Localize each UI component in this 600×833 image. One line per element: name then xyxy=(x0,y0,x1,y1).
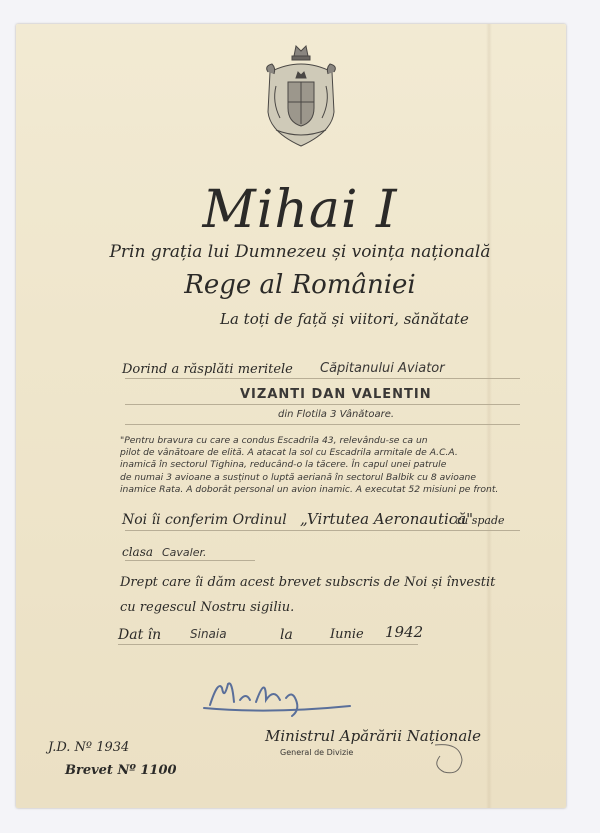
brevet-number-value: 1100 xyxy=(140,763,176,778)
flourish-icon xyxy=(430,740,470,780)
citation-line: de numai 3 avioane a susținut o luptă ae… xyxy=(120,472,520,484)
citation-line: "Pentru bravura cu care a condus Escadri… xyxy=(120,435,520,447)
royal-style-line: Prin grația lui Dumnezeu și voința națio… xyxy=(0,242,600,262)
minister-rank: General de Divizie xyxy=(280,748,353,757)
brevet-number: Brevet Nº 1100 xyxy=(65,763,177,778)
order-suffix: cu spade xyxy=(455,514,505,527)
year: 1942 xyxy=(385,623,423,641)
given-label: Dat în xyxy=(118,627,161,643)
citation-line: inamice Rata. A doborât personal un avio… xyxy=(120,484,520,496)
order-name: „Virtutea Aeronautică" xyxy=(300,510,473,528)
royal-signature xyxy=(200,670,360,720)
closing-line-1: Drept care îi dăm acest brevet subscris … xyxy=(120,575,495,590)
intro-label: Dorind a răsplăti meritele xyxy=(122,362,293,377)
recipient-name: VIZANTI DAN VALENTIN xyxy=(240,387,432,402)
conferral-label: Noi îi conferim Ordinul xyxy=(122,512,287,528)
rule xyxy=(125,530,520,531)
registry-number: J.D. Nº 1934 xyxy=(48,740,129,755)
royal-coat-of-arms-icon xyxy=(262,42,340,150)
citation-text: "Pentru bravura cu care a condus Escadri… xyxy=(120,435,520,496)
rule xyxy=(125,404,520,405)
citation-line: inamică în sectorul Tighina, reducând-o … xyxy=(120,459,520,471)
registry-number-label: J.D. Nº xyxy=(48,740,92,755)
rule xyxy=(125,378,520,379)
class-label: clasa xyxy=(122,545,153,559)
greeting: La toți de față și viitori, sănătate xyxy=(220,310,469,328)
closing-line-2: cu regescul Nostru sigiliu. xyxy=(120,600,294,615)
rule xyxy=(118,644,418,645)
place: Sinaia xyxy=(190,627,227,641)
brevet-number-label: Brevet Nº xyxy=(65,763,136,778)
registry-number-value: 1934 xyxy=(96,740,129,755)
monarch-name: Mihai I xyxy=(0,180,600,240)
month: Iunie xyxy=(330,627,364,642)
recipient-rank: Căpitanului Aviator xyxy=(320,361,445,376)
class-value: Cavaler. xyxy=(162,546,207,559)
rule xyxy=(125,424,520,425)
royal-title: Rege al României xyxy=(0,270,600,300)
at-label: la xyxy=(280,627,293,643)
citation-line: pilot de vânătoare de elită. A atacat la… xyxy=(120,447,520,459)
rule xyxy=(125,560,255,561)
recipient-unit: din Flotila 3 Vânătoare. xyxy=(278,409,394,420)
